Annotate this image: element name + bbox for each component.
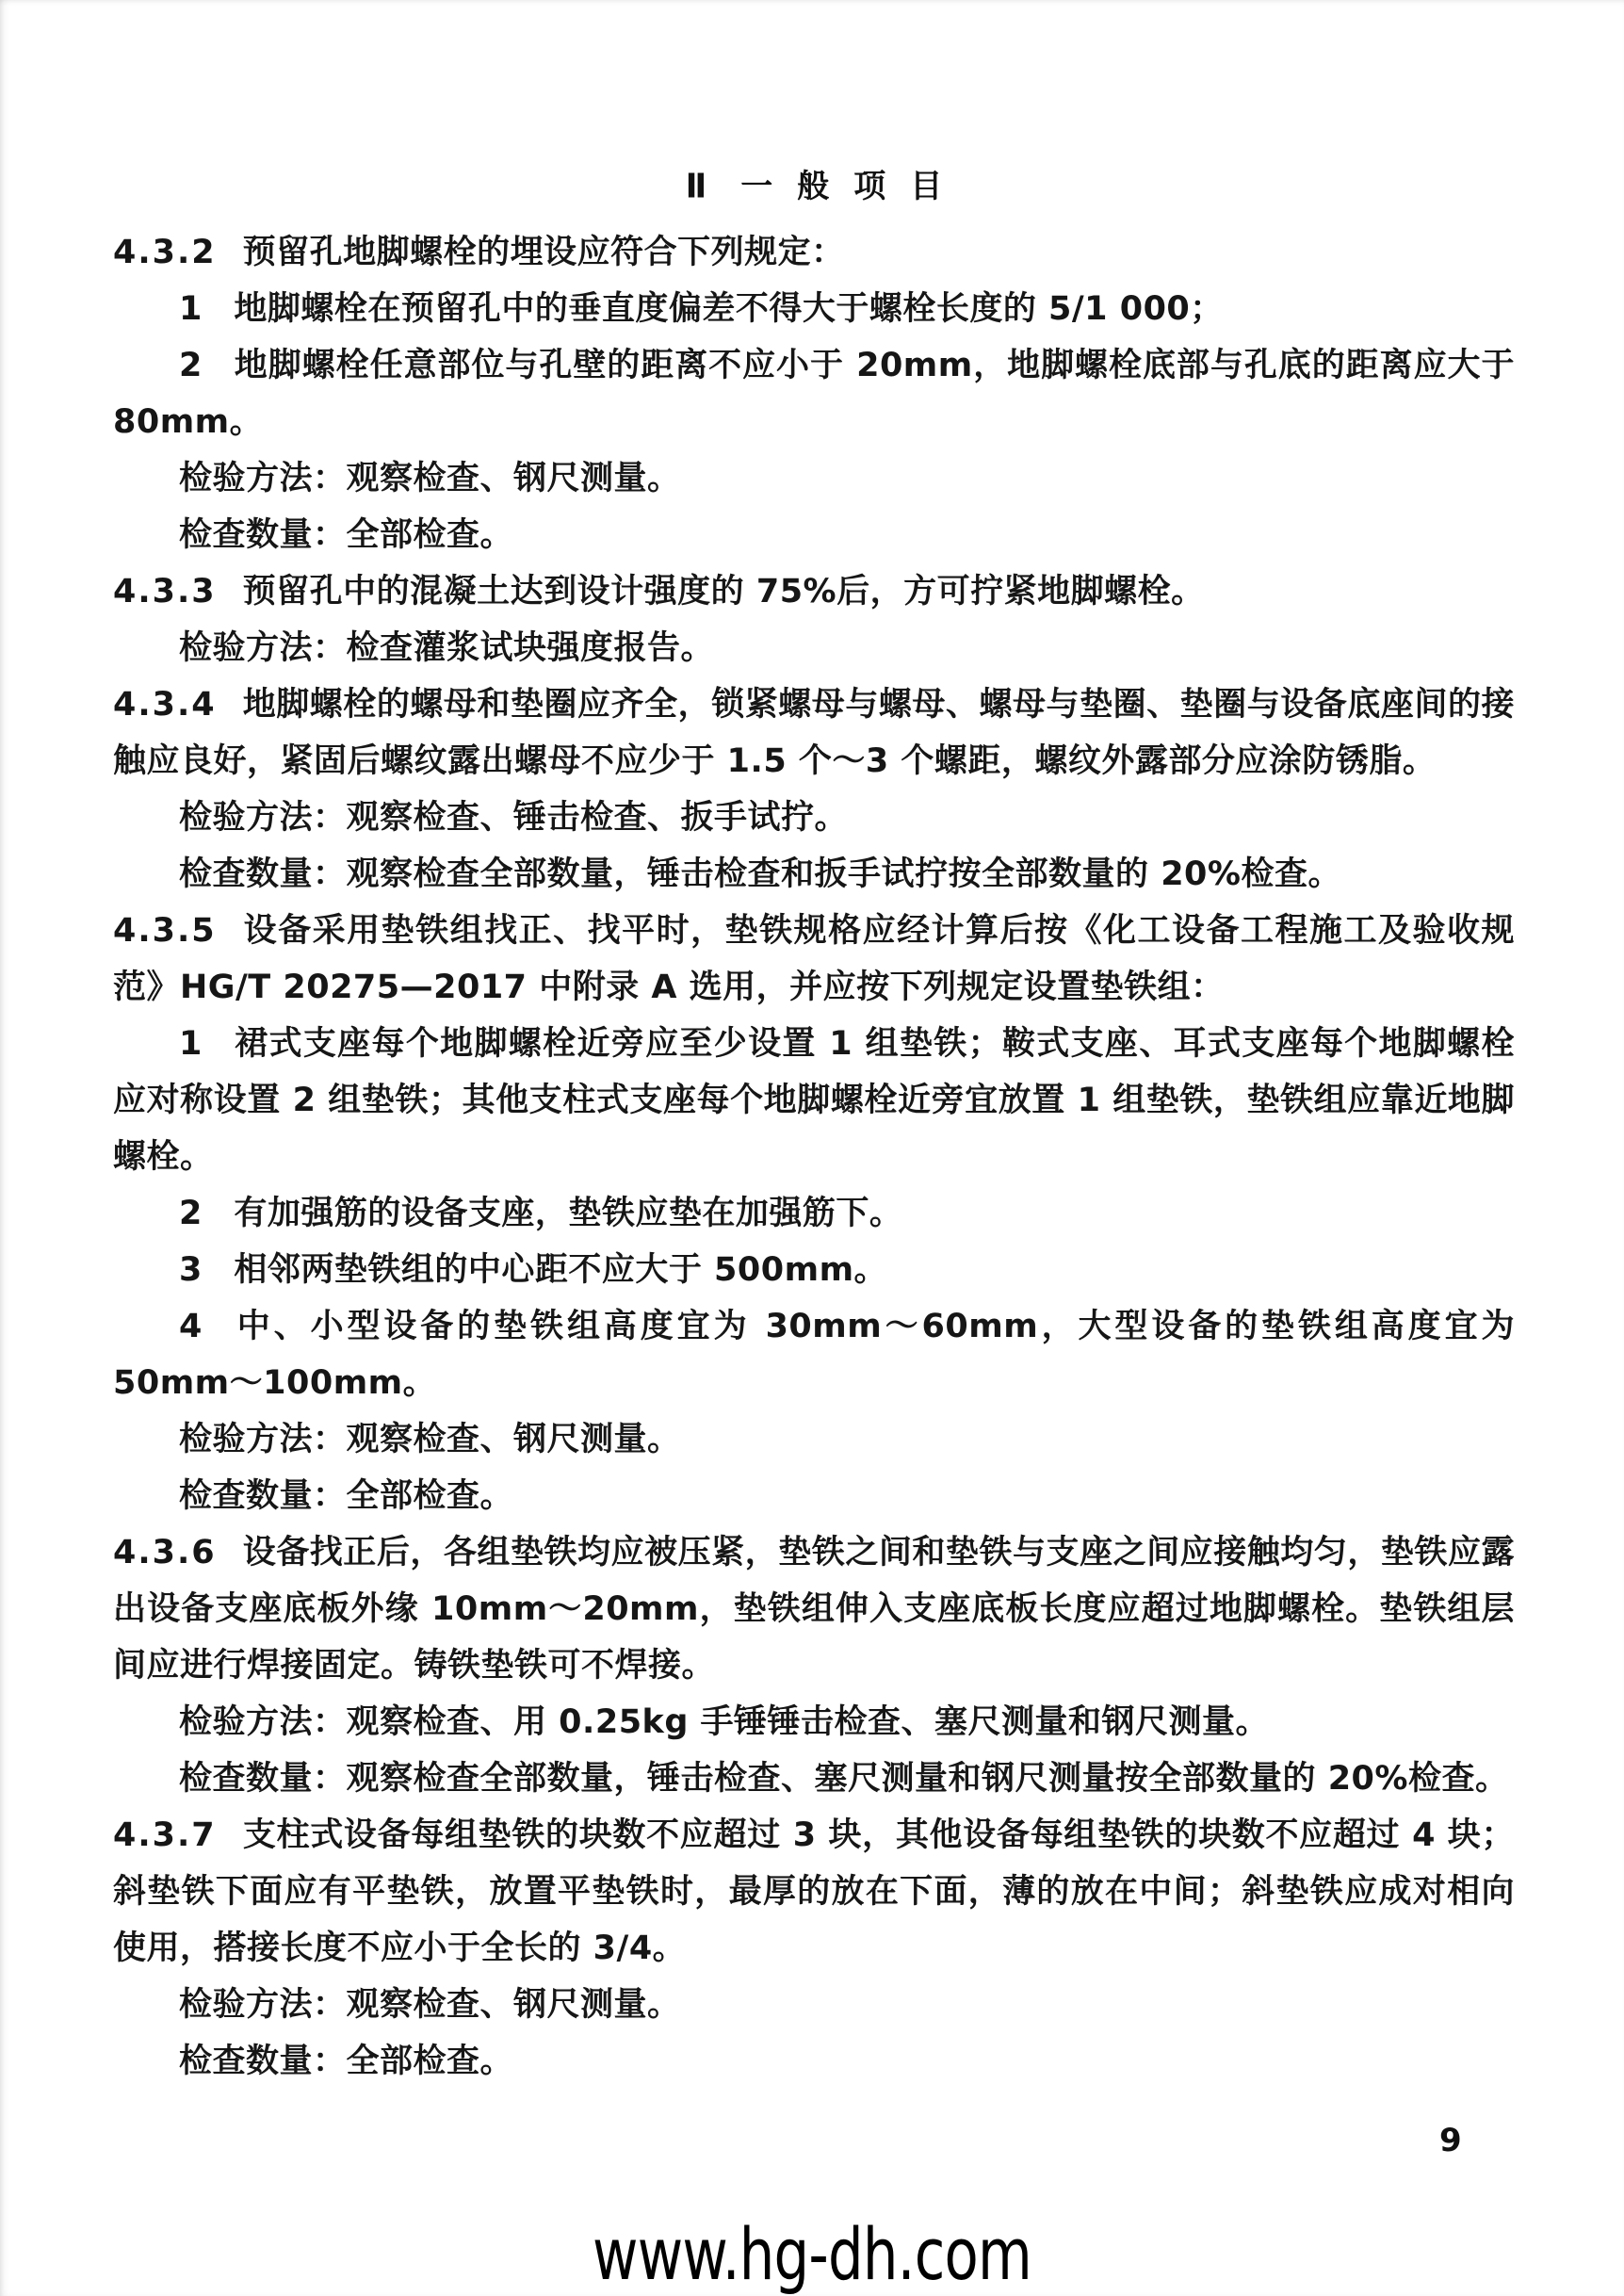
paragraph-text: 检查数量：全部检查。 [179, 2043, 513, 2080]
method-paragraph: 检验方法：观察检查、锤击检查、扳手试拧。 [113, 790, 1515, 846]
method-paragraph: 检验方法：观察检查、钢尺测量。 [113, 1977, 1515, 2033]
list-item-paragraph: 1地脚螺栓在预留孔中的垂直度偏差不得大于螺栓长度的 5/1 000； [113, 281, 1515, 337]
clause-paragraph: 4.3.4地脚螺栓的螺母和垫圈应齐全，锁紧螺母与螺母、螺母与垫圈、垫圈与设备底座… [113, 676, 1515, 790]
list-item-paragraph: 2地脚螺栓任意部位与孔壁的距离不应小于 20mm，地脚螺栓底部与孔底的距离应大于… [113, 337, 1515, 450]
list-item-paragraph: 3相邻两垫铁组的中心距不应大于 500mm。 [113, 1242, 1515, 1298]
method-paragraph: 检查数量：观察检查全部数量，锤击检查、塞尺测量和钢尺测量按全部数量的 20%检查… [113, 1750, 1515, 1807]
paragraph-text: 检验方法：观察检查、钢尺测量。 [179, 1421, 681, 1458]
clause-number: 1 [179, 1025, 203, 1063]
list-item-paragraph: 1裙式支座每个地脚螺栓近旁应至少设置 1 组垫铁；鞍式支座、耳式支座每个地脚螺栓… [113, 1016, 1515, 1185]
page-number: 9 [1439, 2122, 1462, 2159]
clause-number: 2 [179, 347, 203, 384]
page-content: Ⅱ一般项目 4.3.2预留孔地脚螺栓的埋设应符合下列规定：1地脚螺栓在预留孔中的… [113, 158, 1515, 2090]
clause-number: 4.3.3 [113, 573, 217, 611]
method-paragraph: 检查数量：观察检查全部数量，锤击检查和扳手试拧按全部数量的 20%检查。 [113, 846, 1515, 903]
paragraph-text: 检验方法：观察检查、钢尺测量。 [179, 460, 681, 497]
list-item-paragraph: 4中、小型设备的垫铁组高度宜为 30mm～60mm，大型设备的垫铁组高度宜为 5… [113, 1298, 1515, 1411]
section-title: 一般项目 [740, 168, 966, 205]
paragraph-text: 设备找正后，各组垫铁均应被压紧，垫铁之间和垫铁与支座之间应接触均匀，垫铁应露出设… [113, 1534, 1515, 1685]
method-paragraph: 检验方法：观察检查、用 0.25kg 手锤锤击检查、塞尺测量和钢尺测量。 [113, 1694, 1515, 1750]
clause-number: 4.3.2 [113, 234, 217, 271]
paragraph-text: 检验方法：观察检查、用 0.25kg 手锤锤击检查、塞尺测量和钢尺测量。 [179, 1703, 1269, 1741]
paragraph-text: 检查数量：观察检查全部数量，锤击检查、塞尺测量和钢尺测量按全部数量的 20%检查… [179, 1760, 1508, 1798]
clause-number: 3 [179, 1251, 203, 1289]
section-header: Ⅱ一般项目 [113, 158, 1515, 215]
clause-paragraph: 4.3.3预留孔中的混凝土达到设计强度的 75%后，方可拧紧地脚螺栓。 [113, 563, 1515, 620]
paragraph-text: 预留孔地脚螺栓的埋设应符合下列规定： [243, 234, 845, 271]
paragraph-text: 检验方法：检查灌浆试块强度报告。 [179, 629, 714, 667]
method-paragraph: 检查数量：全部检查。 [113, 1468, 1515, 1524]
paragraph-text: 检查数量：全部检查。 [179, 516, 513, 554]
clause-paragraph: 4.3.7支柱式设备每组垫铁的块数不应超过 3 块，其他设备每组垫铁的块数不应超… [113, 1807, 1515, 1977]
paragraph-text: 地脚螺栓的螺母和垫圈应齐全，锁紧螺母与螺母、螺母与垫圈、垫圈与设备底座间的接触应… [113, 686, 1515, 780]
clause-number: 4.3.7 [113, 1816, 217, 1854]
paragraph-text: 检查数量：全部检查。 [179, 1477, 513, 1515]
clause-paragraph: 4.3.5设备采用垫铁组找正、找平时，垫铁规格应经计算后按《化工设备工程施工及验… [113, 903, 1515, 1016]
paragraph-text: 支柱式设备每组垫铁的块数不应超过 3 块，其他设备每组垫铁的块数不应超过 4 块… [113, 1816, 1515, 1967]
clause-paragraph: 4.3.6设备找正后，各组垫铁均应被压紧，垫铁之间和垫铁与支座之间应接触均匀，垫… [113, 1524, 1515, 1694]
method-paragraph: 检验方法：观察检查、钢尺测量。 [113, 450, 1515, 507]
paragraph-text: 地脚螺栓任意部位与孔壁的距离不应小于 20mm，地脚螺栓底部与孔底的距离应大于 … [113, 347, 1515, 441]
paragraph-text: 检验方法：观察检查、钢尺测量。 [179, 1986, 681, 2024]
clause-paragraph: 4.3.2预留孔地脚螺栓的埋设应符合下列规定： [113, 224, 1515, 281]
list-item-paragraph: 2有加强筋的设备支座，垫铁应垫在加强筋下。 [113, 1185, 1515, 1242]
paragraph-text: 相邻两垫铁组的中心距不应大于 500mm。 [234, 1251, 887, 1289]
method-paragraph: 检查数量：全部检查。 [113, 507, 1515, 563]
paragraph-text: 有加强筋的设备支座，垫铁应垫在加强筋下。 [234, 1195, 902, 1232]
paragraph-text: 预留孔中的混凝土达到设计强度的 75%后，方可拧紧地脚螺栓。 [243, 573, 1205, 611]
paragraph-text: 检验方法：观察检查、锤击检查、扳手试拧。 [179, 799, 848, 837]
method-paragraph: 检验方法：检查灌浆试块强度报告。 [113, 620, 1515, 676]
section-numeral: Ⅱ [686, 157, 706, 217]
clause-number: 1 [179, 290, 203, 328]
watermark-url: www.hg-dh.com [593, 2212, 1031, 2296]
paragraph-text: 检查数量：观察检查全部数量，锤击检查和扳手试拧按全部数量的 20%检查。 [179, 855, 1341, 893]
clause-paragraphs: 4.3.2预留孔地脚螺栓的埋设应符合下列规定：1地脚螺栓在预留孔中的垂直度偏差不… [113, 224, 1515, 2090]
paragraph-text: 中、小型设备的垫铁组高度宜为 30mm～60mm，大型设备的垫铁组高度宜为 50… [113, 1308, 1515, 1402]
paragraph-text: 设备采用垫铁组找正、找平时，垫铁规格应经计算后按《化工设备工程施工及验收规范》H… [113, 912, 1515, 1006]
paragraph-text: 地脚螺栓在预留孔中的垂直度偏差不得大于螺栓长度的 5/1 000； [234, 290, 1223, 328]
clause-number: 2 [179, 1195, 203, 1232]
clause-number: 4 [179, 1308, 203, 1345]
clause-number: 4.3.4 [113, 686, 217, 724]
method-paragraph: 检查数量：全部检查。 [113, 2033, 1515, 2090]
paragraph-text: 裙式支座每个地脚螺栓近旁应至少设置 1 组垫铁；鞍式支座、耳式支座每个地脚螺栓应… [113, 1025, 1515, 1176]
method-paragraph: 检验方法：观察检查、钢尺测量。 [113, 1411, 1515, 1468]
clause-number: 4.3.5 [113, 912, 217, 950]
document-page: Ⅱ一般项目 4.3.2预留孔地脚螺栓的埋设应符合下列规定：1地脚螺栓在预留孔中的… [0, 0, 1624, 2296]
clause-number: 4.3.6 [113, 1534, 217, 1571]
